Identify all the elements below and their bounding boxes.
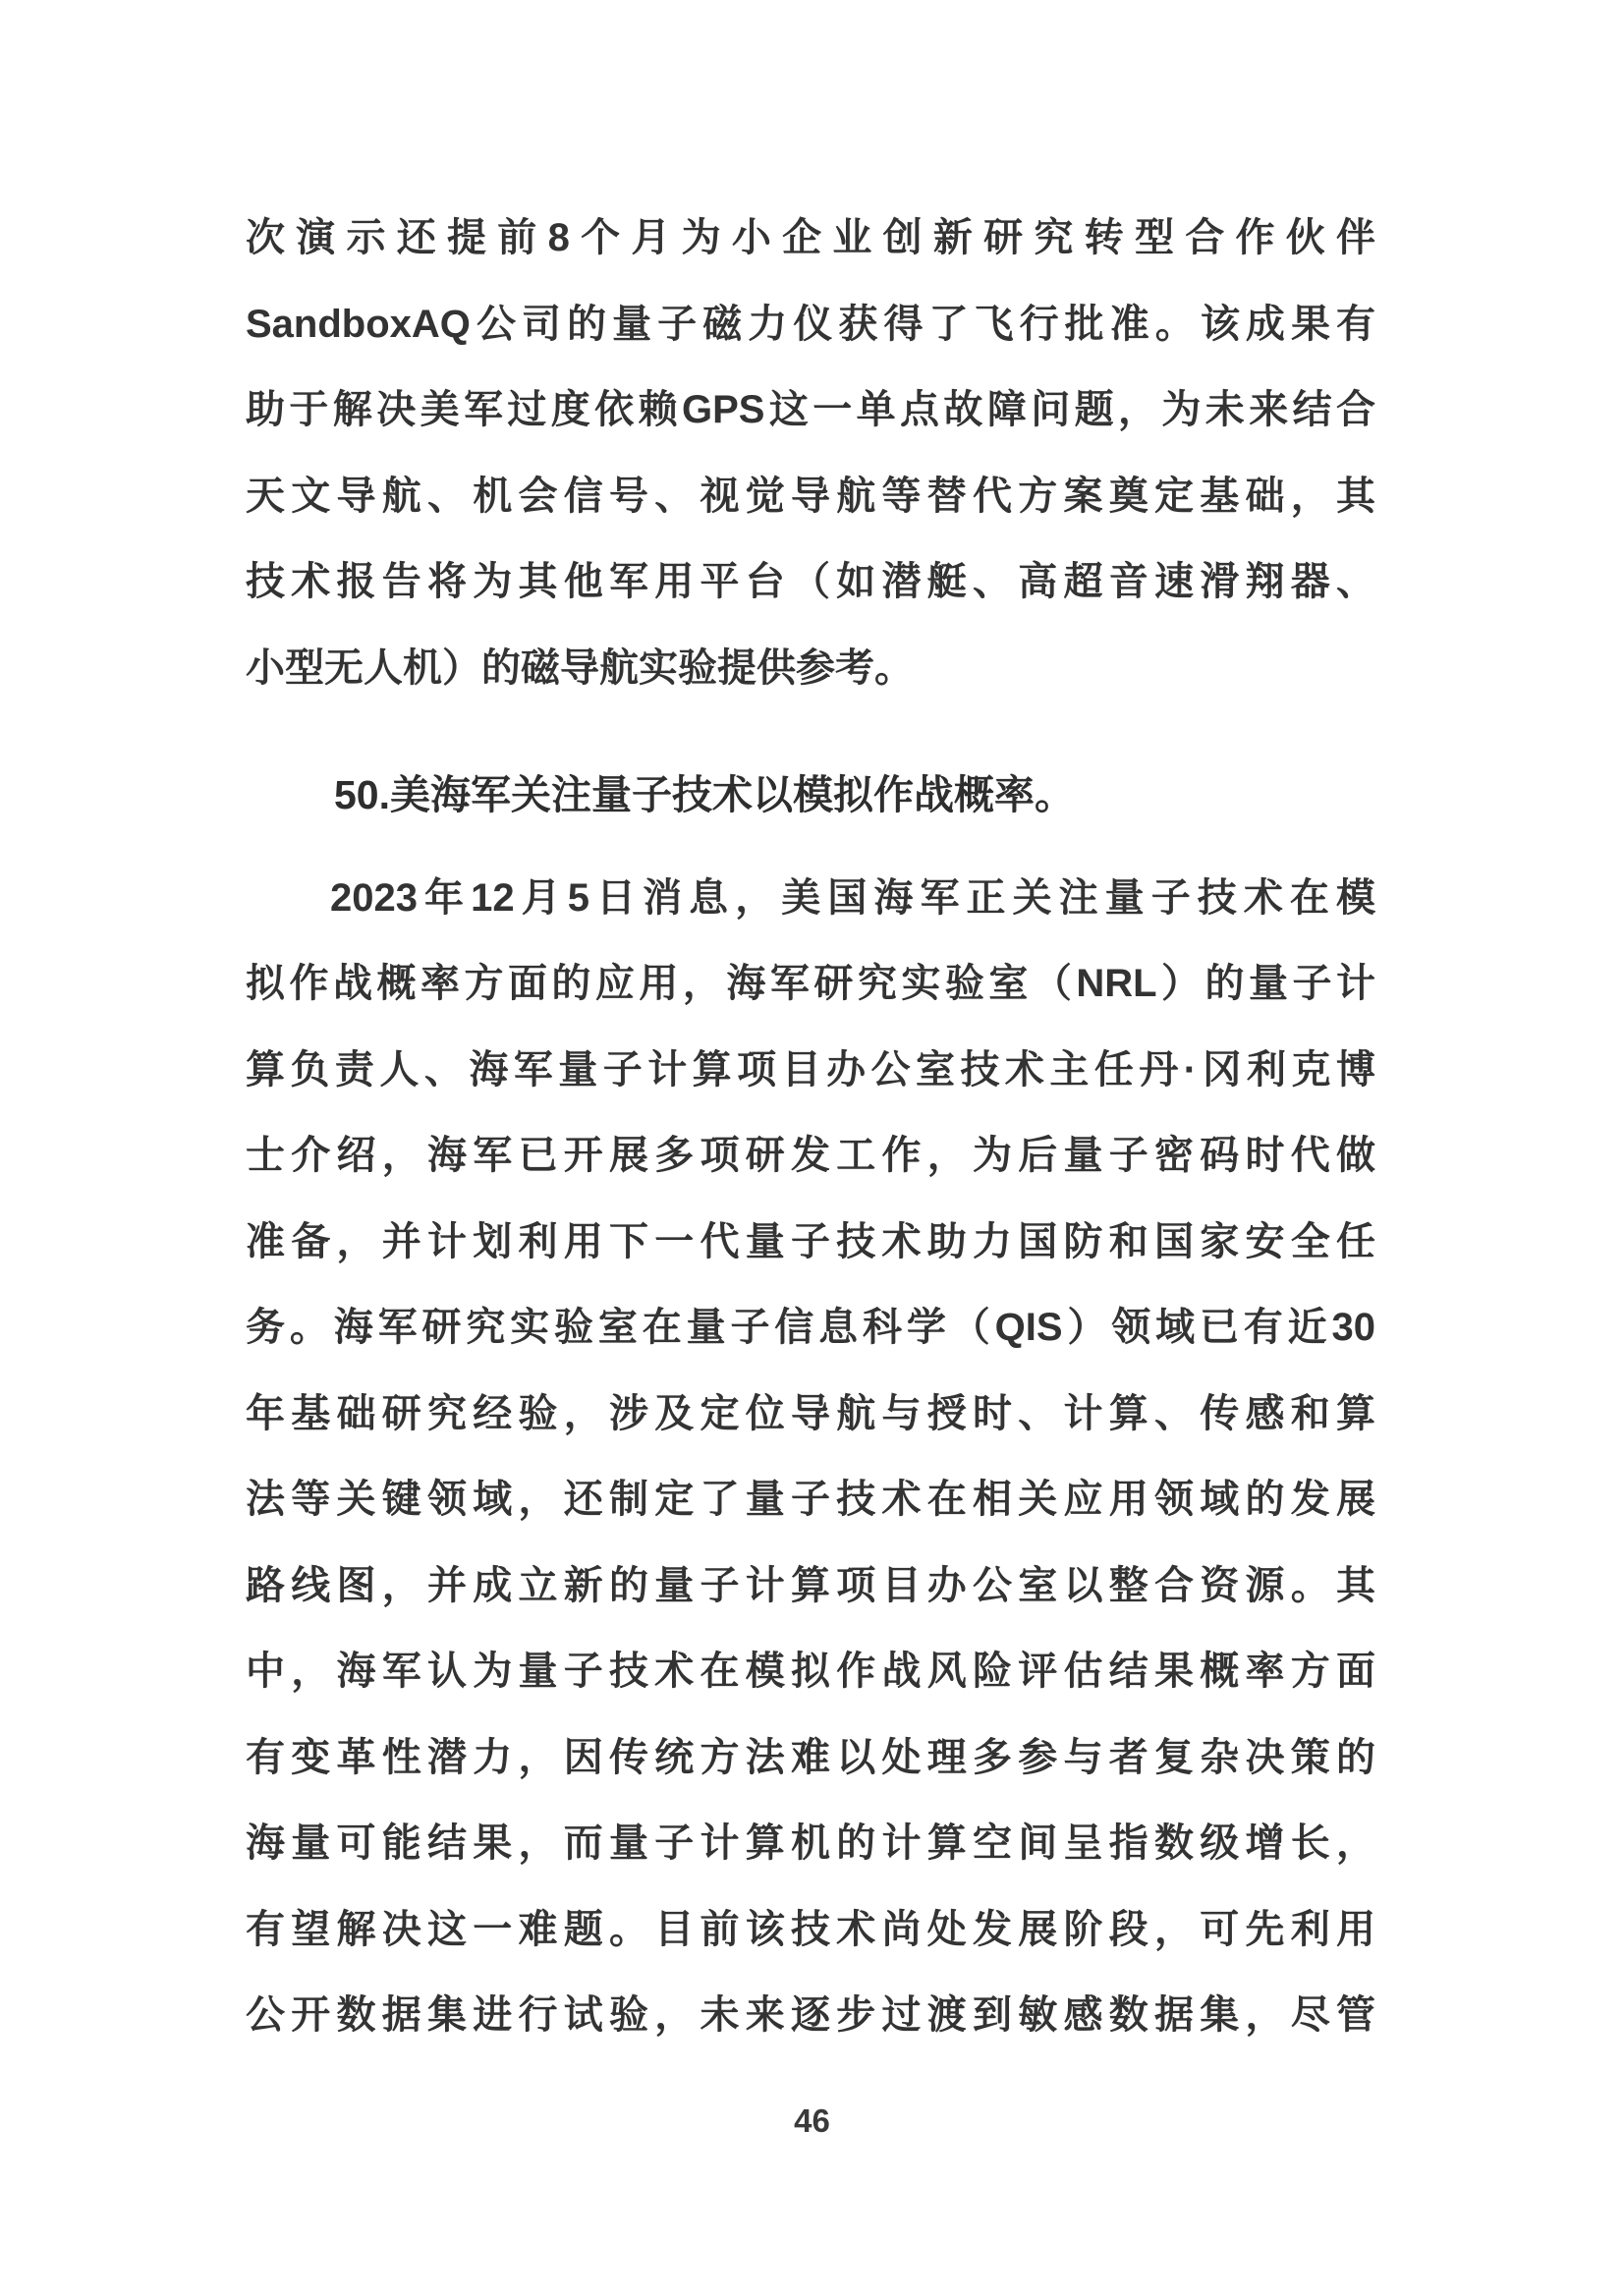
text-line: 天文导航、机会信号、视觉导航等替代方案奠定基础，其 (246, 454, 1375, 540)
text-line: 拟作战概率方面的应用，海军研究实验室（NRL）的量子计 (246, 941, 1375, 1028)
paragraph-2: 2023年12月5日消息，美国海军正关注量子技术在模 拟作战概率方面的应用，海军… (246, 856, 1375, 2059)
text-line: 有变革性潜力，因传统方法难以处理多参与者复杂决策的 (246, 1715, 1375, 1802)
text-line: 中，海军认为量子技术在模拟作战风险评估结果概率方面 (246, 1629, 1375, 1715)
text-block: 次演示还提前8个月为小企业创新研究转型合作伙伴 SandboxAQ公司的量子磁力… (246, 196, 1375, 2059)
text-line: 年基础研究经验，涉及定位导航与授时、计算、传感和算 (246, 1372, 1375, 1458)
text-line: 准备，并计划利用下一代量子技术助力国防和国家安全任 (246, 1200, 1375, 1286)
text-line: 技术报告将为其他军用平台（如潜艇、高超音速滑翔器、 (246, 539, 1375, 626)
text-line: 次演示还提前8个月为小企业创新研究转型合作伙伴 (246, 196, 1375, 282)
text-line: 法等关键领域，还制定了量子技术在相关应用领域的发展 (246, 1457, 1375, 1543)
section-heading: 50.美海军关注量子技术以模拟作战概率。 (246, 753, 1375, 839)
text-line: 公开数据集进行试验，未来逐步过渡到敏感数据集，尽管 (246, 1973, 1375, 2059)
page-number: 46 (0, 2102, 1624, 2140)
text-line: SandboxAQ公司的量子磁力仪获得了飞行批准。该成果有 (246, 282, 1375, 368)
text-line: 2023年12月5日消息，美国海军正关注量子技术在模 (246, 856, 1375, 942)
text-line: 士介绍，海军已开展多项研发工作，为后量子密码时代做 (246, 1113, 1375, 1200)
paragraph-1: 次演示还提前8个月为小企业创新研究转型合作伙伴 SandboxAQ公司的量子磁力… (246, 196, 1375, 711)
text-line: 路线图，并成立新的量子计算项目办公室以整合资源。其 (246, 1543, 1375, 1630)
text-line: 海量可能结果，而量子计算机的计算空间呈指数级增长， (246, 1801, 1375, 1887)
text-line: 助于解决美军过度依赖GPS这一单点故障问题，为未来结合 (246, 367, 1375, 454)
text-line: 务。海军研究实验室在量子信息科学（QIS）领域已有近30 (246, 1285, 1375, 1372)
text-line: 有望解决这一难题。目前该技术尚处发展阶段，可先利用 (246, 1887, 1375, 1974)
text-line: 算负责人、海军量子计算项目办公室技术主任丹·冈利克博 (246, 1028, 1375, 1114)
text-line: 小型无人机）的磁导航实验提供参考。 (246, 626, 1375, 712)
document-page: 次演示还提前8个月为小企业创新研究转型合作伙伴 SandboxAQ公司的量子磁力… (0, 0, 1624, 2296)
